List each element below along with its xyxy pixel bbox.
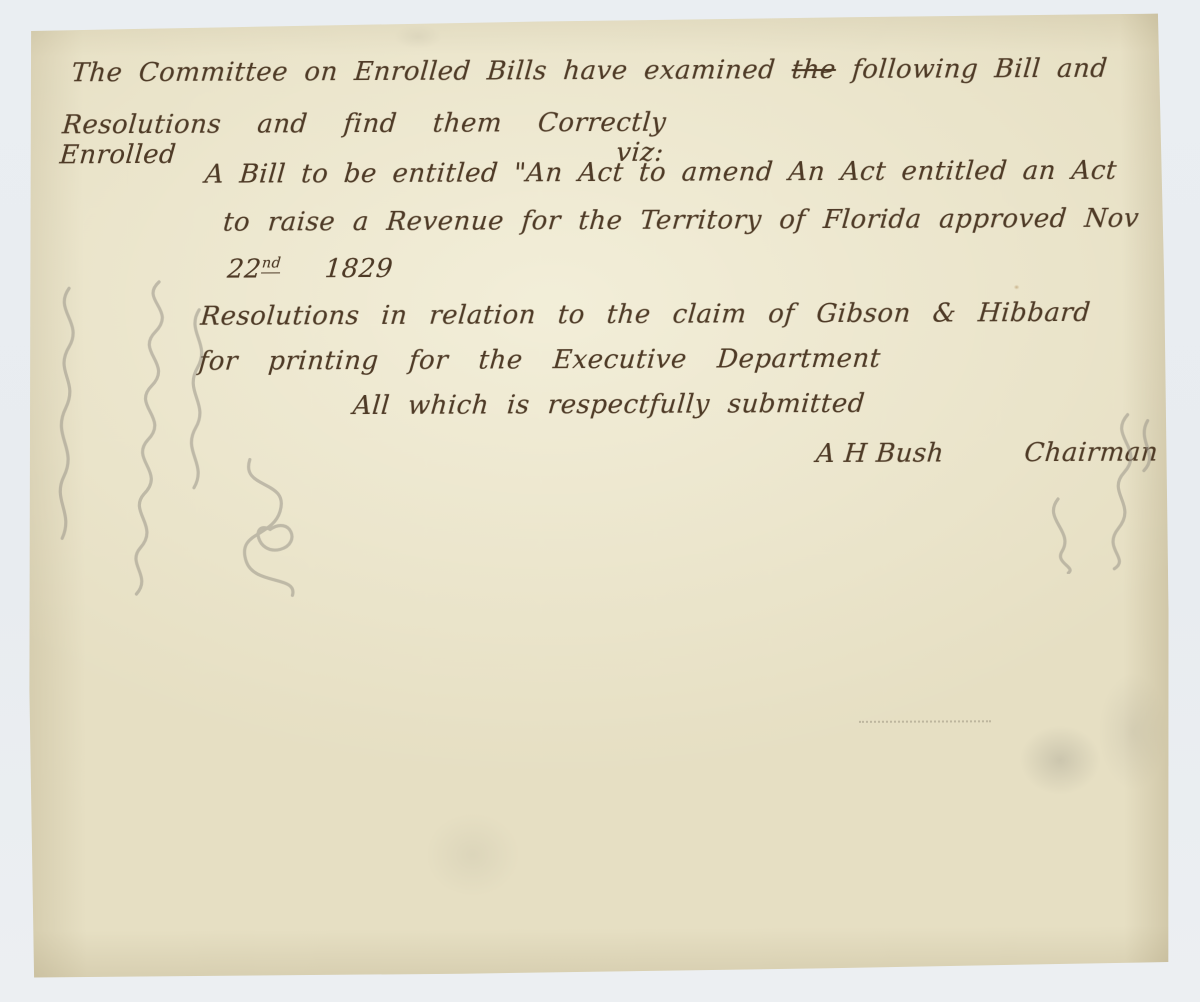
document-paper: The Committee on Enrolled Bills have exa… [26,14,1170,979]
scan-background: The Committee on Enrolled Bills have exa… [0,0,1200,1002]
foxing-dot [1013,284,1020,290]
intro-text-post: following Bill and [851,54,1109,85]
soft-smudge [409,798,535,911]
line-bill-title-1: A Bill to be entitled "An Act to amend A… [204,156,1118,190]
line-resolutions-claim: Resolutions in relation to the claim of … [199,298,1091,332]
edge-smear [1087,653,1180,809]
line-respectfully-submitted: All which is respectfully submitted [352,389,866,421]
struck-word: the [791,55,838,85]
date-ordinal: nd [261,256,282,274]
ink-smudge-blotch [1004,712,1116,808]
intro-text-pre: The Committee on Enrolled Bills have exa… [70,55,776,88]
line-bill-title-2: to raise a Revenue for the Territory of … [222,204,1140,238]
line-committee-intro: The Committee on Enrolled Bills have exa… [70,54,1108,89]
faint-dotted-mark [859,720,991,723]
bleedthrough-marks-left [39,279,330,600]
bleedthrough-marks-right [1018,409,1169,575]
date-year: 1829 [324,254,395,284]
top-specks [386,21,450,53]
signature-name: A H Bush [815,438,945,469]
